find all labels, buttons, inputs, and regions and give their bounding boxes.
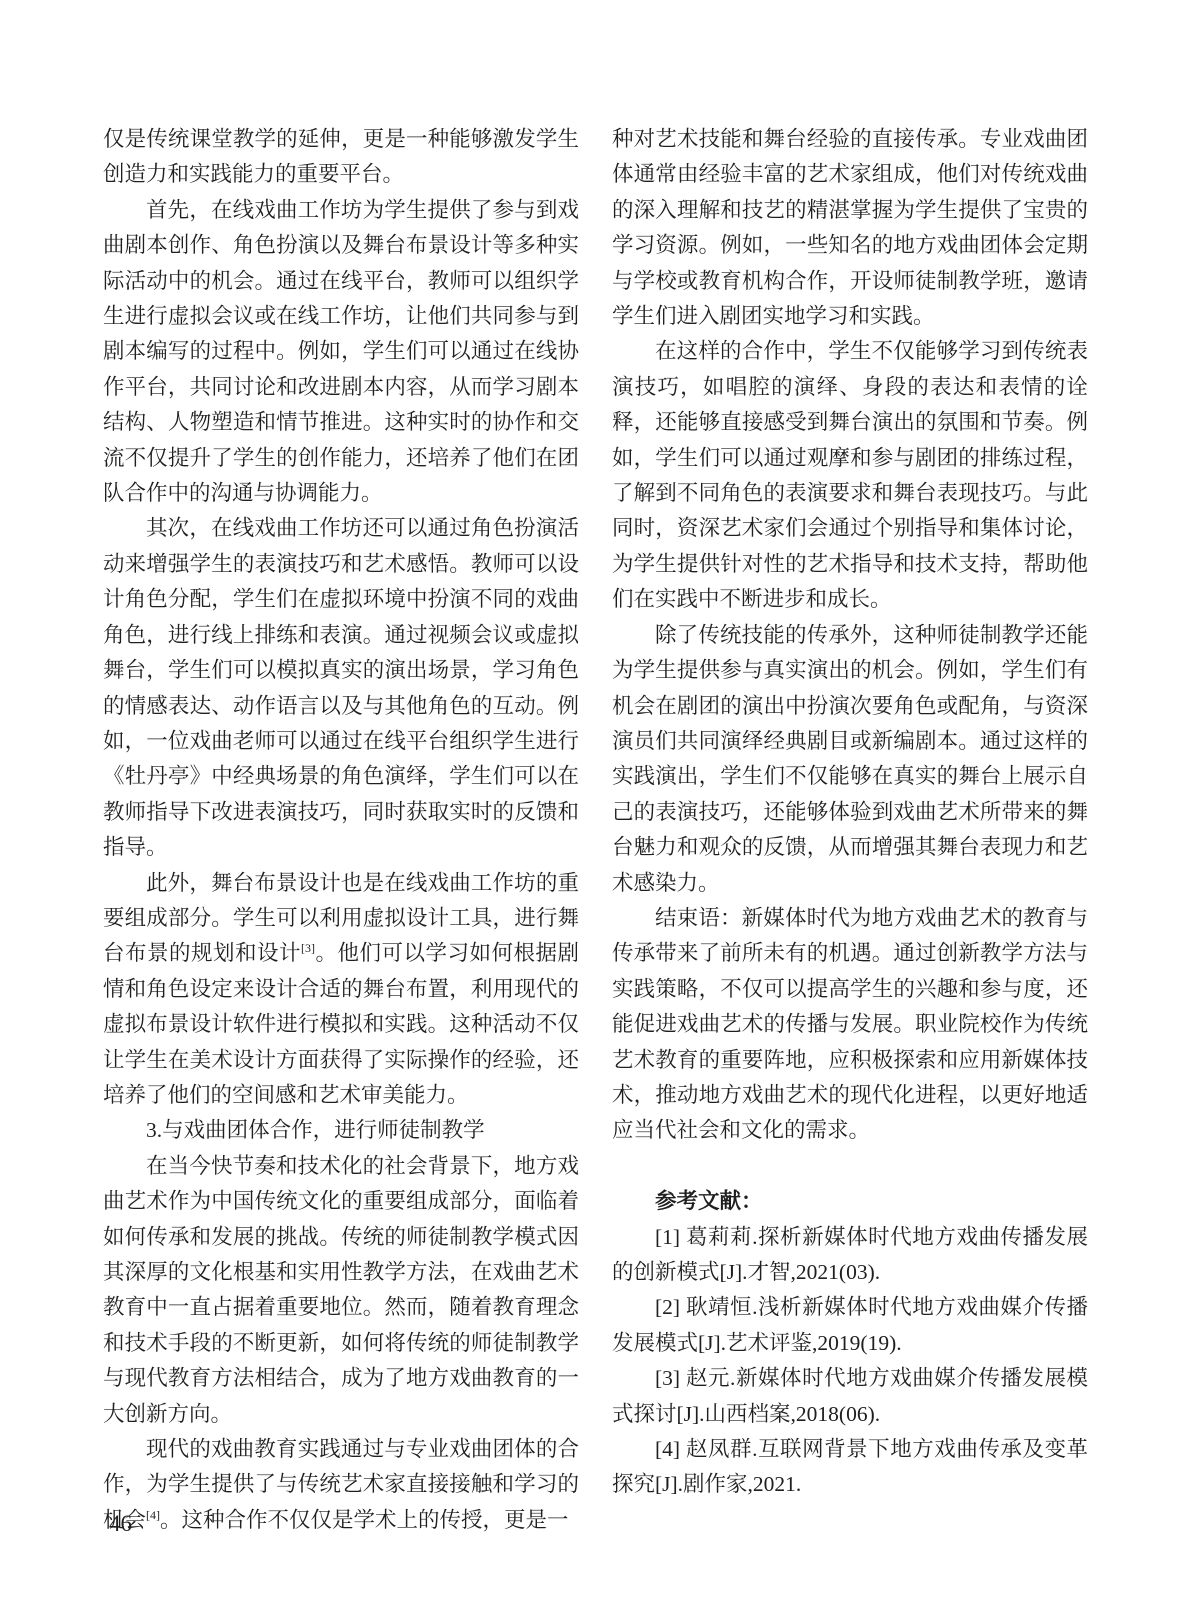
text-run: 。他们可以学习如何根据剧情和角色设定来设计合适的舞台布置，利用现代的虚拟布景设计… (103, 941, 579, 1107)
reference-entry-3: [3] 赵元.新媒体时代地方戏曲媒介传播发展模式探讨[J].山西档案,2018(… (612, 1361, 1088, 1432)
text-run: 种对艺术技能和舞台经验的直接传承。专业戏曲团体通常由经验丰富的艺术家组成，他们对… (612, 127, 1088, 328)
page-number: 46 (109, 1506, 132, 1542)
right-column: 种对艺术技能和舞台经验的直接传承。专业戏曲团体通常由经验丰富的艺术家组成，他们对… (612, 122, 1088, 1503)
page-background: 仅是传统课堂教学的延伸，更是一种能够激发学生创造力和实践能力的重要平台。首先，在… (0, 0, 1191, 1616)
paragraph-apprenticeship-background: 在当今快节奏和技术化的社会背景下，地方戏曲艺术作为中国传统文化的重要组成部分，面… (103, 1149, 579, 1432)
text-run: [1] 葛莉莉.探析新媒体时代地方戏曲传播发展的创新模式[J].才智,2021(… (612, 1225, 1088, 1284)
section-heading-3: 3.与戏曲团体合作，进行师徒制教学 (103, 1113, 579, 1148)
text-run: 其次，在线戏曲工作坊还可以通过角色扮演活动来增强学生的表演技巧和艺术感悟。教师可… (103, 516, 579, 859)
left-column: 仅是传统课堂教学的延伸，更是一种能够激发学生创造力和实践能力的重要平台。首先，在… (103, 122, 579, 1538)
citation-superscript: [3] (301, 941, 315, 955)
paragraph-continuation: 仅是传统课堂教学的延伸，更是一种能够激发学生创造力和实践能力的重要平台。 (103, 122, 579, 193)
text-run: 仅是传统课堂教学的延伸，更是一种能够激发学生创造力和实践能力的重要平台。 (103, 127, 579, 186)
text-run: [3] 赵元.新媒体时代地方戏曲媒介传播发展模式探讨[J].山西档案,2018(… (612, 1366, 1088, 1425)
text-run: 在当今快节奏和技术化的社会背景下，地方戏曲艺术作为中国传统文化的重要组成部分，面… (103, 1154, 579, 1426)
citation-superscript: [4] (146, 1508, 160, 1522)
journal-page: { "page": { "number": "46" }, "columns":… (0, 0, 1191, 1616)
text-run: 结束语：新媒体时代为地方戏曲艺术的教育与传承带来了前所未有的机遇。通过创新教学方… (612, 906, 1088, 1142)
paragraph-troupe-cooperation: 现代的戏曲教育实践通过与专业戏曲团体的合作，为学生提供了与传统艺术家直接接触和学… (103, 1432, 579, 1538)
text-run: [4] 赵凤群.互联网背景下地方戏曲传承及变革探究[J].剧作家,2021. (612, 1437, 1088, 1496)
text-run: 首先，在线戏曲工作坊为学生提供了参与到戏曲剧本创作、角色扮演以及舞台布景设计等多… (103, 198, 579, 505)
text-run: [2] 耿靖恒.浅析新媒体时代地方戏曲媒介传播发展模式[J].艺术评鉴,2019… (612, 1295, 1088, 1354)
references-heading: 参考文献： (612, 1184, 1088, 1219)
reference-entry-2: [2] 耿靖恒.浅析新媒体时代地方戏曲媒介传播发展模式[J].艺术评鉴,2019… (612, 1290, 1088, 1361)
paragraph-online-workshop-script: 首先，在线戏曲工作坊为学生提供了参与到戏曲剧本创作、角色扮演以及舞台布景设计等多… (103, 193, 579, 512)
reference-entry-4: [4] 赵凤群.互联网背景下地方戏曲传承及变革探究[J].剧作家,2021. (612, 1432, 1088, 1503)
paragraph-real-performance: 除了传统技能的传承外，这种师徒制教学还能为学生提供参与真实演出的机会。例如，学生… (612, 618, 1088, 901)
text-run: 参考文献： (655, 1189, 763, 1213)
reference-entry-1: [1] 葛莉莉.探析新媒体时代地方戏曲传播发展的创新模式[J].才智,2021(… (612, 1220, 1088, 1291)
paragraph-cooperation-learning: 在这样的合作中，学生不仅能够学习到传统表演技巧，如唱腔的演绎、身段的表达和表情的… (612, 334, 1088, 617)
text-run: 在这样的合作中，学生不仅能够学习到传统表演技巧，如唱腔的演绎、身段的表达和表情的… (612, 339, 1088, 611)
text-run: 3.与戏曲团体合作，进行师徒制教学 (146, 1118, 485, 1142)
paragraph-conclusion: 结束语：新媒体时代为地方戏曲艺术的教育与传承带来了前所未有的机遇。通过创新教学方… (612, 901, 1088, 1149)
paragraph-continuation-right: 种对艺术技能和舞台经验的直接传承。专业戏曲团体通常由经验丰富的艺术家组成，他们对… (612, 122, 1088, 334)
text-run: 除了传统技能的传承外，这种师徒制教学还能为学生提供参与真实演出的机会。例如，学生… (612, 623, 1088, 895)
paragraph-role-play: 其次，在线戏曲工作坊还可以通过角色扮演活动来增强学生的表演技巧和艺术感悟。教师可… (103, 511, 579, 865)
text-run: 。这种合作不仅仅是学术上的传授，更是一 (160, 1508, 569, 1532)
blank-line (612, 1149, 1088, 1184)
paragraph-stage-design: 此外，舞台布景设计也是在线戏曲工作坊的重要组成部分。学生可以利用虚拟设计工具，进… (103, 866, 579, 1114)
